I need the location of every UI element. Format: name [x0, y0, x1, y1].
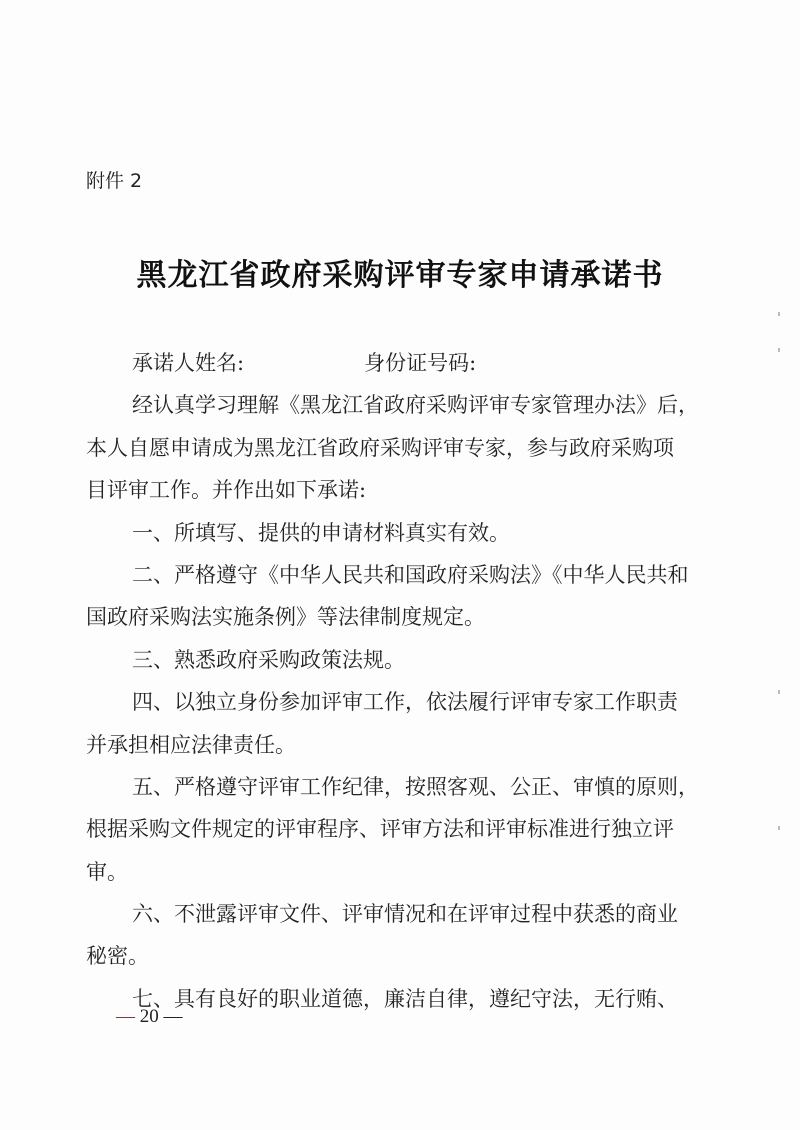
- scan-mark: [778, 312, 780, 316]
- attachment-label: 附件 2: [86, 166, 142, 193]
- page-dash-right: —: [164, 1006, 183, 1027]
- scan-mark: [778, 826, 780, 830]
- commitment-6: 六、不泄露评审文件、评审情况和在评审过程中获悉的商业: [86, 893, 706, 935]
- page-number: — 20 —: [116, 1006, 183, 1028]
- commitment-5: 五、严格遵守评审工作纪律，按照客观、公正、审慎的原则，: [86, 766, 706, 808]
- commitment-5-cont: 根据采购文件规定的评审程序、评审方法和评审标准进行独立评: [86, 808, 706, 850]
- document-title: 黑龙江省政府采购评审专家申请承诺书: [0, 250, 800, 294]
- commitment-3: 三、熟悉政府采购政策法规。: [86, 639, 706, 681]
- document-body: 承诺人姓名: 身份证号码: 经认真学习理解《黑龙江省政府采购评审专家管理办法》后…: [86, 342, 706, 1020]
- scan-mark: [778, 348, 780, 352]
- commitment-2-cont: 国政府采购法实施条例》等法律制度规定。: [86, 596, 706, 638]
- id-number-label: 身份证号码:: [364, 342, 476, 384]
- intro-line: 经认真学习理解《黑龙江省政府采购评审专家管理办法》后，: [86, 384, 706, 426]
- intro-line: 本人自愿申请成为黑龙江省政府采购评审专家，参与政府采购项: [86, 427, 706, 469]
- commitment-2: 二、严格遵守《中华人民共和国政府采购法》《中华人民共和: [86, 554, 706, 596]
- commitment-5-cont: 审。: [86, 851, 706, 893]
- commitment-1: 一、所填写、提供的申请材料真实有效。: [86, 512, 706, 554]
- commitment-6-cont: 秘密。: [86, 935, 706, 977]
- page-dash-left: —: [116, 1006, 135, 1027]
- intro-line: 目评审工作。并作出如下承诺:: [86, 469, 706, 511]
- applicant-name-label: 承诺人姓名:: [132, 342, 244, 384]
- commitment-4-cont: 并承担相应法律责任。: [86, 724, 706, 766]
- commitment-4: 四、以独立身份参加评审工作，依法履行评审专家工作职责: [86, 681, 706, 723]
- applicant-fields-row: 承诺人姓名: 身份证号码:: [86, 342, 706, 384]
- page-number-value: 20: [140, 1006, 159, 1027]
- document-page: 附件 2 黑龙江省政府采购评审专家申请承诺书 承诺人姓名: 身份证号码: 经认真…: [0, 0, 800, 1130]
- scan-mark: [778, 690, 780, 694]
